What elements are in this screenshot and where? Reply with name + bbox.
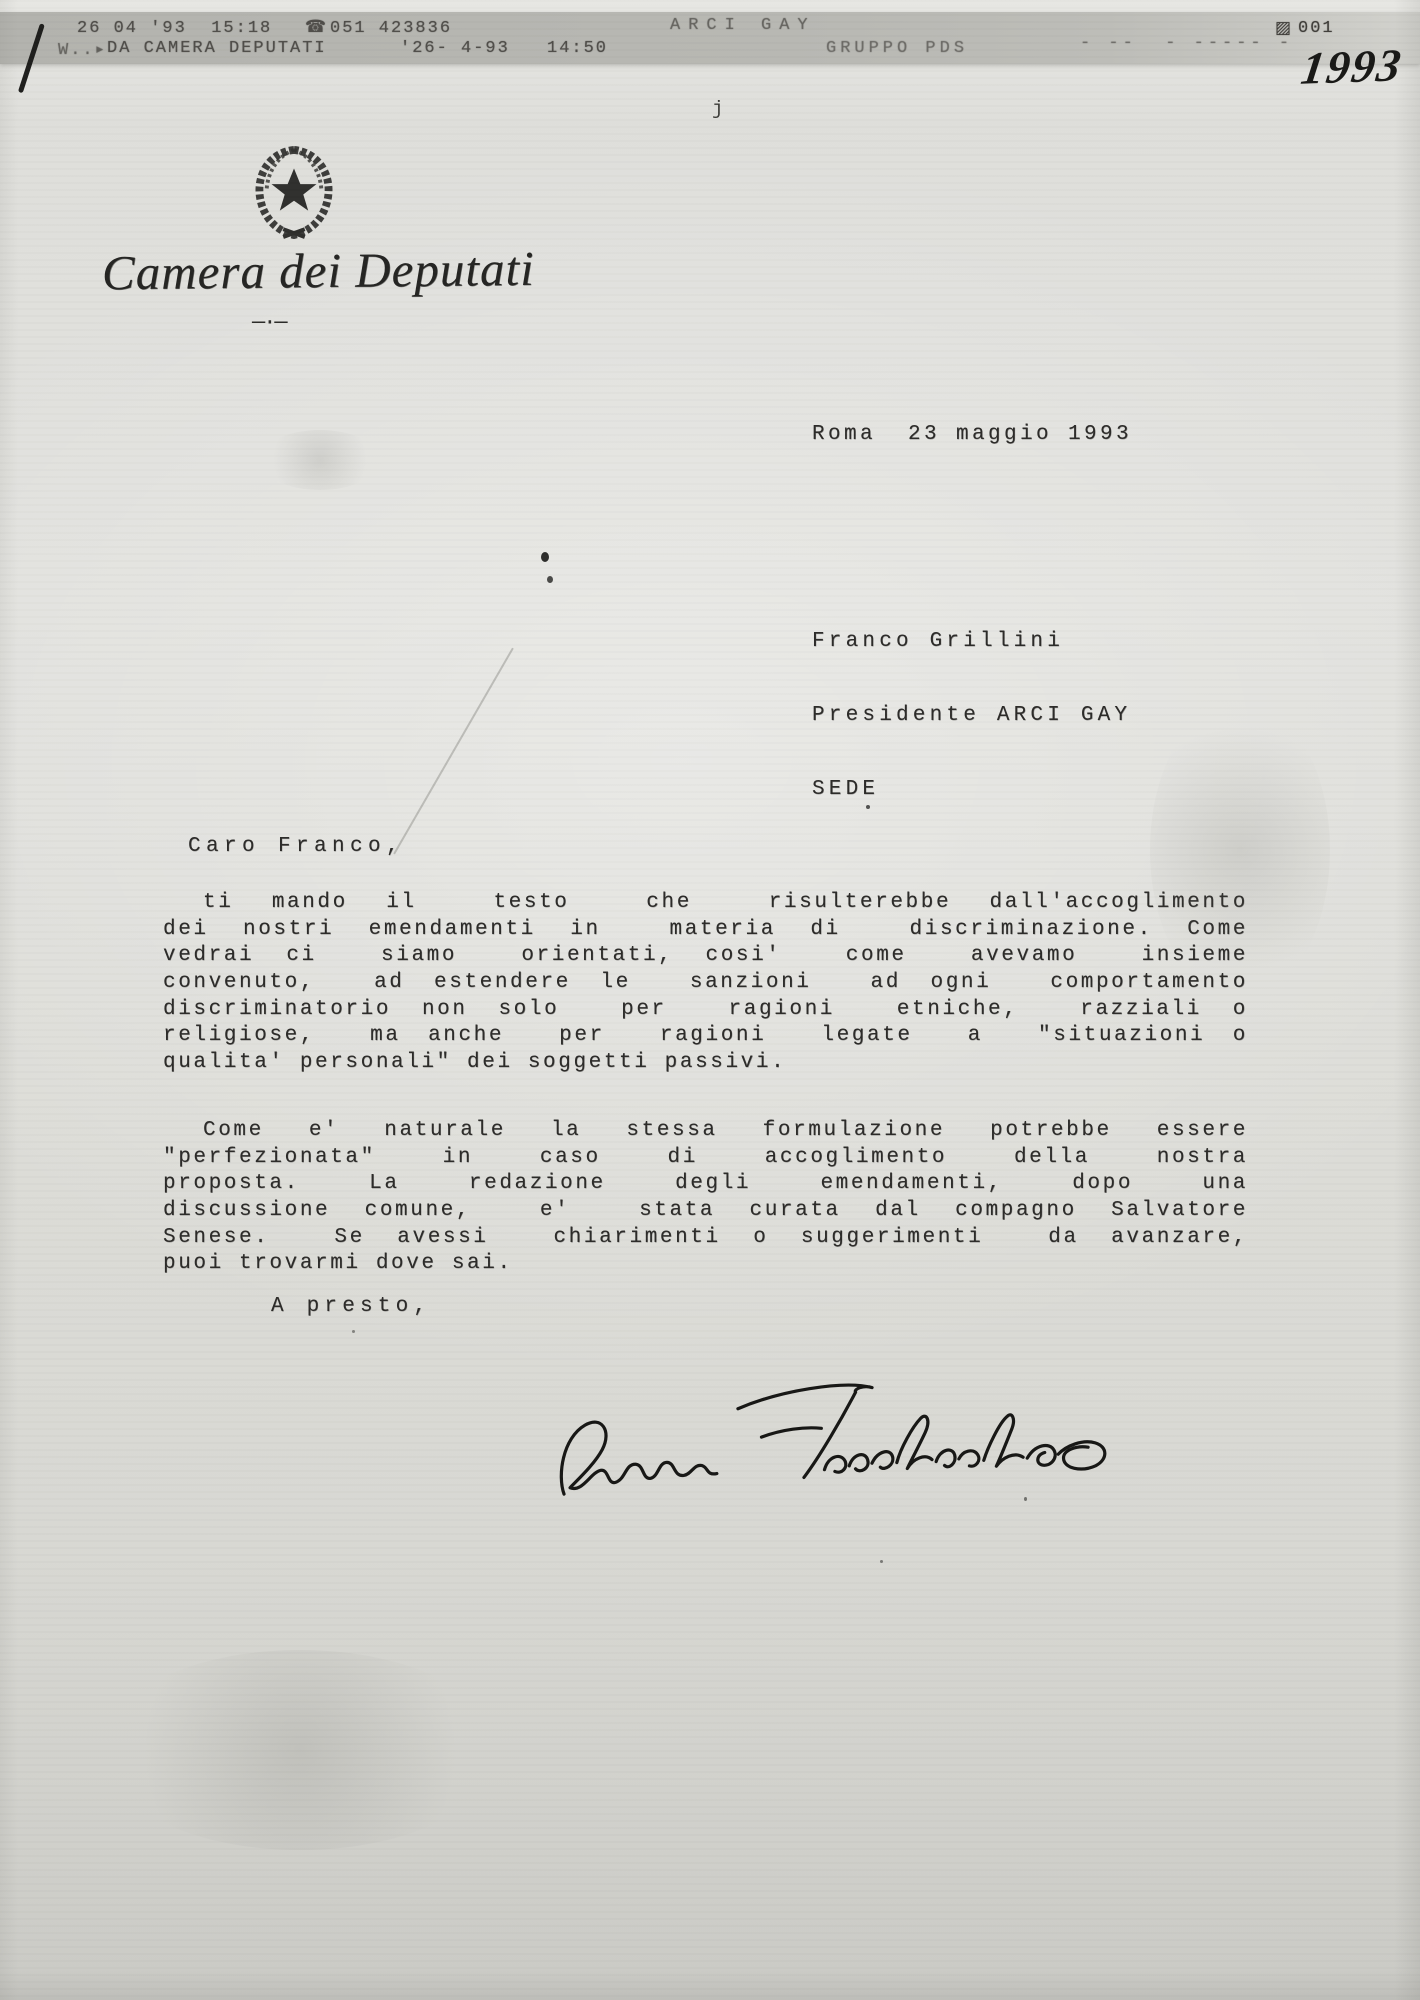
body-line: qualita' personali" dei soggetti passivi… <box>163 1050 1248 1077</box>
fax-page-count: 001 <box>1298 19 1335 38</box>
scanned-fax-letter: 26 04 '93 15:18 ☎ 051 423836 ARCI GAY - … <box>0 0 1420 2000</box>
body-line: Senese. Se avessi chiarimenti o suggerim… <box>163 1225 1248 1252</box>
fax-faint-dashes: - -- - ----- - <box>1080 34 1293 53</box>
recipient-address: SEDE <box>812 778 1131 803</box>
ink-dot <box>352 1330 355 1333</box>
page-icon: ▨ <box>1275 18 1293 38</box>
handwritten-year: 1993 <box>1298 38 1406 94</box>
body-line: dei nostri emendamenti in materia di dis… <box>163 917 1248 944</box>
body-line: convenuto, ad estendere le sanzioni ad o… <box>163 970 1248 997</box>
fax-faint-group: GRUPPO PDS <box>826 39 968 58</box>
stray-mark: j <box>712 98 723 120</box>
recipient-block: Franco Grillini Presidente ARCI GAY SEDE <box>812 580 1131 853</box>
fax-number: 051 423836 <box>330 19 452 38</box>
body-line: ti mando il testo che risulterebbe dall'… <box>163 890 1248 917</box>
body-line: religiose, ma anche per ragioni legate a… <box>163 1023 1248 1050</box>
ink-dot <box>866 805 870 809</box>
fax-header-band: 26 04 '93 15:18 ☎ 051 423836 ARCI GAY - … <box>0 12 1420 64</box>
body-line: proposta. La redazione degli emendamenti… <box>163 1171 1248 1198</box>
fax-sender: DA CAMERA DEPUTATI <box>107 39 327 58</box>
letterhead-flourish: —·— <box>252 310 286 335</box>
ink-dot <box>1024 1497 1027 1501</box>
phone-icon: ☎ <box>305 17 328 37</box>
fax-sender-time: 14:50 <box>547 39 608 58</box>
fax-datetime: 26 04 '93 15:18 <box>77 19 272 38</box>
scan-smudge <box>260 430 380 490</box>
body-line: "perfezionata" in caso di accoglimento d… <box>163 1145 1248 1172</box>
ink-blotch <box>547 576 553 583</box>
body-line: discussione comune, e' stata curata dal … <box>163 1198 1248 1225</box>
scan-smudge <box>1150 700 1330 1000</box>
recipient-name: Franco Grillini <box>812 630 1131 655</box>
closing: A presto, <box>271 1295 431 1318</box>
scan-smudge <box>100 1650 500 1850</box>
recipient-title: Presidente ARCI GAY <box>812 704 1131 729</box>
salutation: Caro Franco, <box>188 835 404 858</box>
ink-dot <box>880 1560 883 1563</box>
letterhead-title: Camera dei Deputati <box>102 240 563 302</box>
signature-anna-finocchiaro <box>546 1354 1129 1509</box>
paragraph-1: ti mando il testo che risulterebbe dall'… <box>163 890 1248 1077</box>
body-line: puoi trovarmi dove sai. <box>163 1251 1248 1278</box>
body-line: vedrai ci siamo orientati, cosi' come av… <box>163 943 1248 970</box>
ink-blotch <box>541 552 549 562</box>
paragraph-2: Come e' naturale la stessa formulazione … <box>163 1118 1248 1278</box>
letter-dateline: Roma 23 maggio 1993 <box>812 423 1132 446</box>
body-line: discriminatorio non solo per ragioni etn… <box>163 997 1248 1024</box>
body-line: Come e' naturale la stessa formulazione … <box>163 1118 1248 1145</box>
italian-republic-emblem <box>250 142 338 242</box>
scan-scratch <box>393 648 514 855</box>
fax-recipient-name: ARCI GAY <box>670 16 816 35</box>
fax-sender-date: '26- 4-93 <box>400 39 510 58</box>
fax-sender-prefix: W..▸ <box>58 39 107 60</box>
